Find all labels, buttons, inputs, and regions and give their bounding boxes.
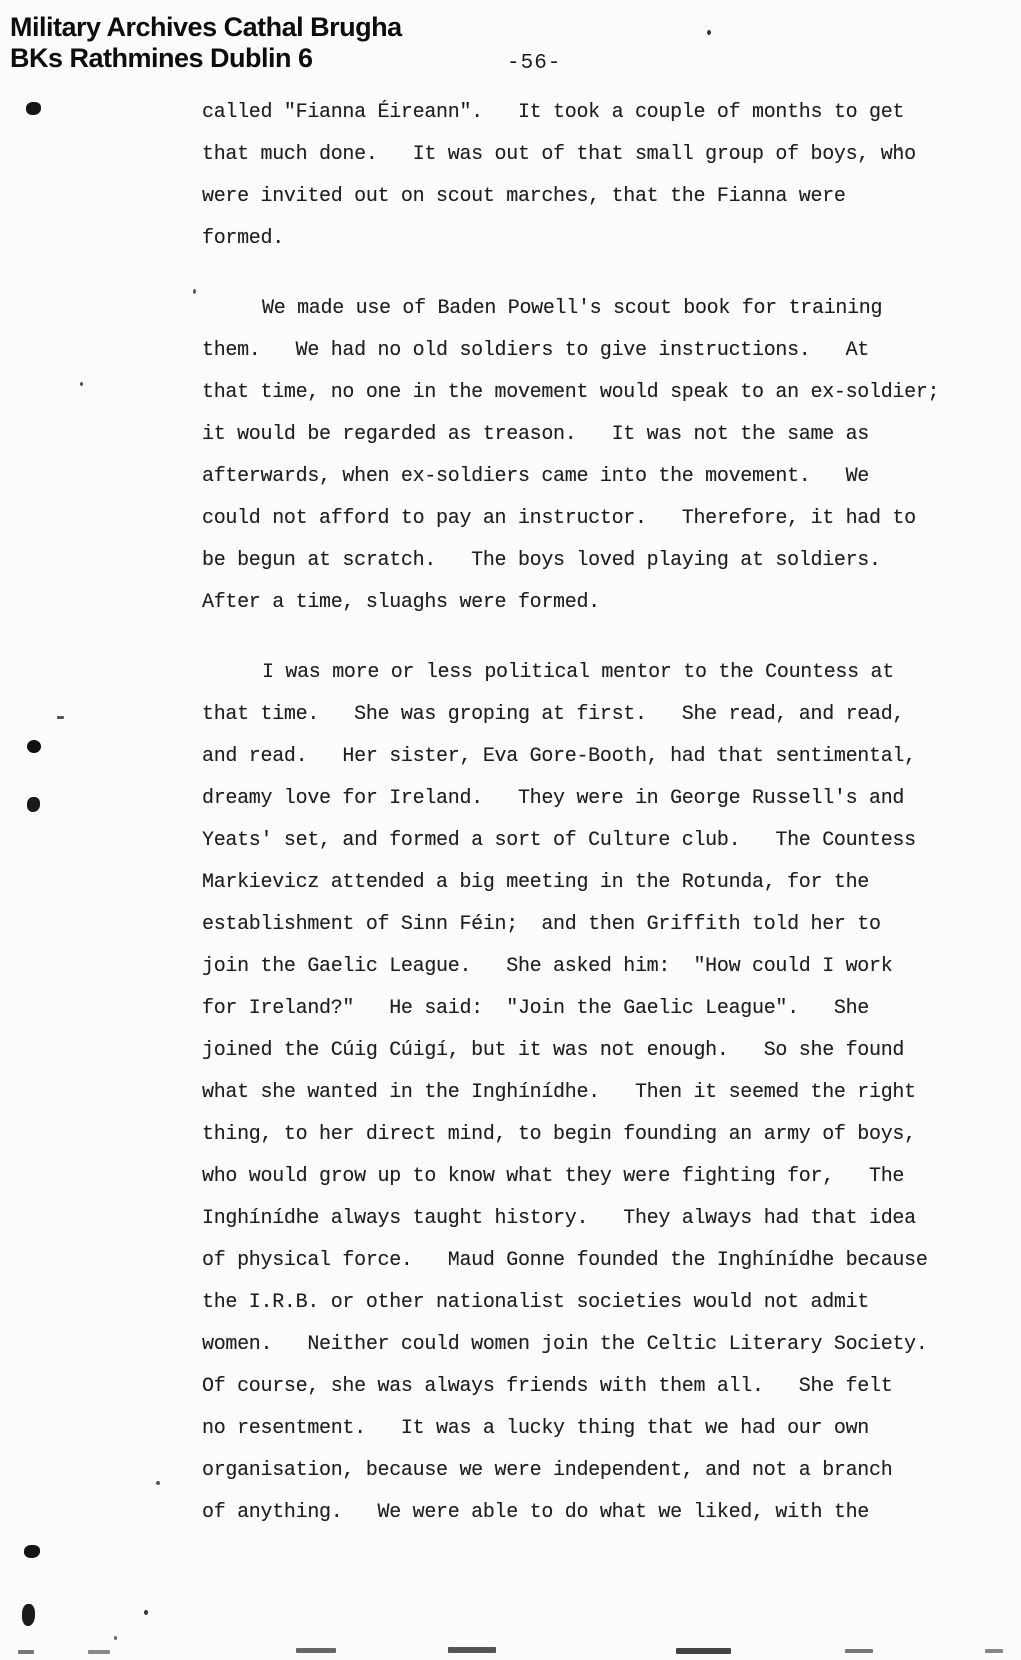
- speck-artifact: [707, 30, 711, 35]
- paragraph: I was more or less political mentor to t…: [202, 652, 992, 1534]
- scanned-document-page: Military Archives Cathal Brugha BKs Rath…: [0, 0, 1021, 1660]
- ink-scribble-artifact: [22, 1604, 35, 1626]
- edge-dash-artifact: [88, 1650, 110, 1654]
- text-line: establishment of Sinn Féin; and then Gri…: [202, 904, 992, 946]
- text-line: that time, no one in the movement would …: [202, 372, 992, 414]
- page-number: -56-: [507, 52, 561, 75]
- text-line: dreamy love for Ireland. They were in Ge…: [202, 778, 992, 820]
- speck-artifact: [898, 147, 902, 151]
- ink-blot-artifact: [24, 1545, 40, 1558]
- text-line: could not afford to pay an instructor. T…: [202, 498, 992, 540]
- ink-blot-artifact: [26, 102, 41, 115]
- speck-artifact: [144, 1610, 148, 1615]
- speck-artifact: [57, 716, 64, 719]
- edge-dash-artifact: [845, 1649, 873, 1653]
- typewritten-text: called "Fianna Éireann". It took a coupl…: [202, 92, 992, 1562]
- text-line: organisation, because we were independen…: [202, 1450, 992, 1492]
- text-line: of anything. We were able to do what we …: [202, 1492, 992, 1534]
- text-line: the I.R.B. or other nationalist societie…: [202, 1282, 992, 1324]
- text-line: that much done. It was out of that small…: [202, 134, 992, 176]
- text-line: join the Gaelic League. She asked him: "…: [202, 946, 992, 988]
- archive-stamp-line2: BKs Rathmines Dublin 6: [10, 43, 402, 74]
- text-line: After a time, sluaghs were formed.: [202, 582, 992, 624]
- speck-artifact: [80, 382, 83, 386]
- edge-dash-artifact: [296, 1648, 336, 1653]
- ink-blot-artifact: [27, 797, 40, 812]
- text-line: joined the Cúig Cúigí, but it was not en…: [202, 1030, 992, 1072]
- text-line: women. Neither could women join the Celt…: [202, 1324, 992, 1366]
- text-line: I was more or less political mentor to t…: [202, 652, 992, 694]
- text-line: what she wanted in the Inghínídhe. Then …: [202, 1072, 992, 1114]
- text-line: no resentment. It was a lucky thing that…: [202, 1408, 992, 1450]
- text-line: that time. She was groping at first. She…: [202, 694, 992, 736]
- text-line: Inghínídhe always taught history. They a…: [202, 1198, 992, 1240]
- text-line: thing, to her direct mind, to begin foun…: [202, 1114, 992, 1156]
- text-line: Of course, she was always friends with t…: [202, 1366, 992, 1408]
- text-line: afterwards, when ex-soldiers came into t…: [202, 456, 992, 498]
- archive-stamp-line1: Military Archives Cathal Brugha: [10, 12, 402, 43]
- speck-artifact: [156, 1481, 160, 1485]
- edge-dash-artifact: [676, 1648, 731, 1654]
- text-line: Markievicz attended a big meeting in the…: [202, 862, 992, 904]
- text-line: be begun at scratch. The boys loved play…: [202, 540, 992, 582]
- edge-dash-artifact: [985, 1649, 1003, 1653]
- paragraph: We made use of Baden Powell's scout book…: [202, 288, 992, 624]
- text-line: it would be regarded as treason. It was …: [202, 414, 992, 456]
- speck-artifact: [114, 1636, 117, 1640]
- text-line: who would grow up to know what they were…: [202, 1156, 992, 1198]
- text-line: and read. Her sister, Eva Gore-Booth, ha…: [202, 736, 992, 778]
- edge-dash-artifact: [448, 1647, 496, 1653]
- text-line: formed.: [202, 218, 992, 260]
- text-line: We made use of Baden Powell's scout book…: [202, 288, 992, 330]
- text-line: were invited out on scout marches, that …: [202, 176, 992, 218]
- speck-artifact: [193, 289, 196, 294]
- text-line: of physical force. Maud Gonne founded th…: [202, 1240, 992, 1282]
- ink-dot-artifact: [27, 740, 41, 753]
- paragraph: called "Fianna Éireann". It took a coupl…: [202, 92, 992, 260]
- edge-dash-artifact: [18, 1650, 34, 1654]
- archive-stamp: Military Archives Cathal Brugha BKs Rath…: [10, 12, 402, 74]
- text-line: Yeats' set, and formed a sort of Culture…: [202, 820, 992, 862]
- text-line: called "Fianna Éireann". It took a coupl…: [202, 92, 992, 134]
- text-line: for Ireland?" He said: "Join the Gaelic …: [202, 988, 992, 1030]
- text-line: them. We had no old soldiers to give ins…: [202, 330, 992, 372]
